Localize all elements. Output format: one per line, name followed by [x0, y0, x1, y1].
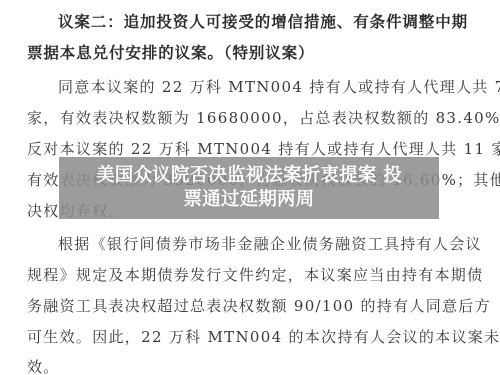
motion-title-line-2: 票据本息兑付安排的议案。（特别议案）: [27, 41, 314, 65]
rule-paragraph-line-1: 根据《银行间债券市场非金融企业债务融资工具持有人会议: [58, 232, 482, 256]
vote-approve-line-2: 家，有效表决权数额为 16680000，占总表决权数额的 83.40%；: [27, 106, 500, 130]
headline-line-2: 票通过延期两周: [184, 188, 315, 212]
rule-paragraph-line-3: 务融资工具表决权超过总表决权数额 90/100 的持有人同意后方: [27, 294, 491, 318]
headline-overlay-banner: 美国众议院否决监视法案折衷提案 投 票通过延期两周: [59, 157, 439, 219]
vote-approve-line-1: 同意本议案的 22 万科 MTN004 持有人或持有人代理人共 7: [58, 75, 500, 99]
rule-paragraph-line-2: 规程》规定及本期债券发行文件约定，本议案应当由持有本期债: [27, 263, 483, 287]
rule-paragraph-line-5: 效。: [27, 355, 60, 375]
rule-paragraph-line-4: 可生效。因此，22 万科 MTN004 的本次持有人会议的本议案未生: [27, 325, 500, 349]
headline-line-1: 美国众议院否决监视法案折衷提案 投: [96, 164, 402, 188]
motion-title-line-1: 议案二：追加投资人可接受的增信措施、有条件调整中期: [58, 10, 468, 34]
